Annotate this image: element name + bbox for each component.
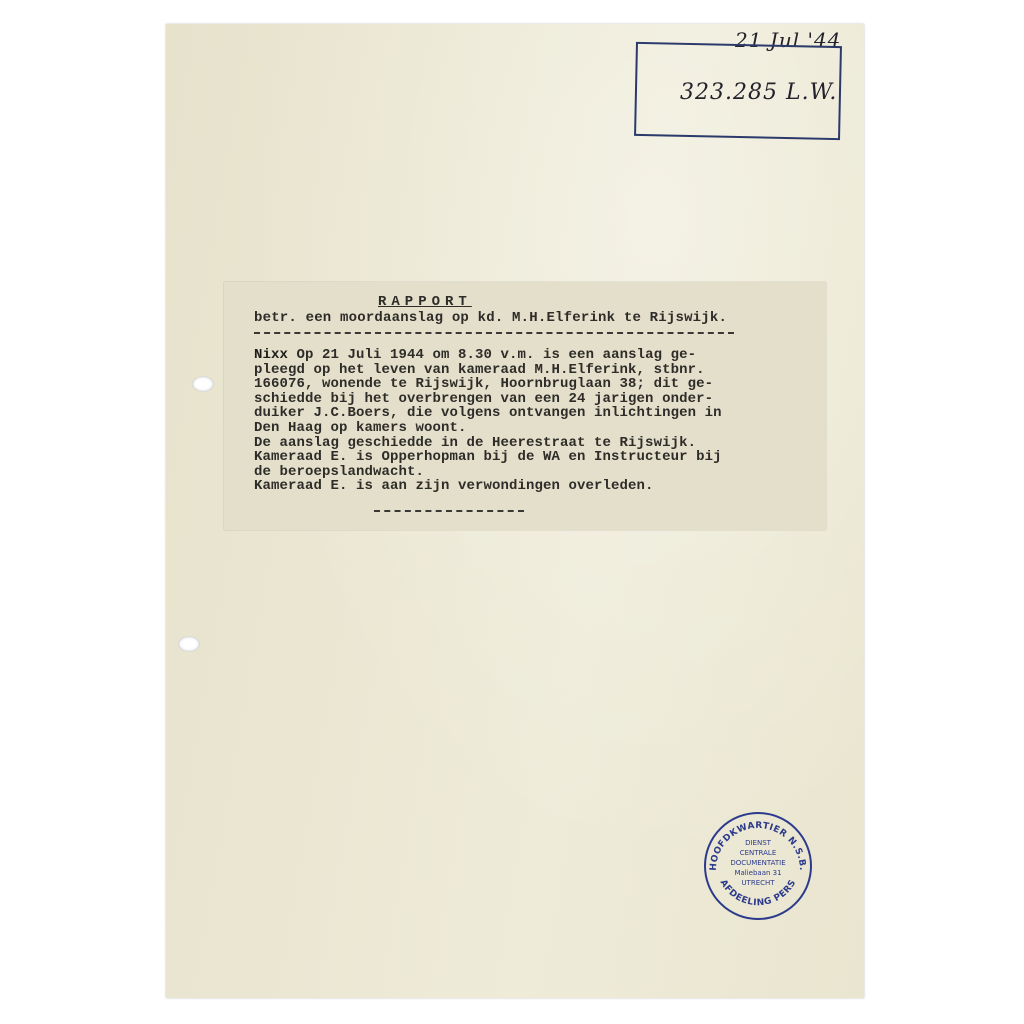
stamp-line: DOCUMENTATIE bbox=[730, 859, 785, 867]
report-slip: RAPPORT betr. een moordaanslag op kd. M.… bbox=[224, 282, 826, 530]
subject-divider bbox=[254, 332, 734, 334]
body-line: Op 21 Juli 1944 om 8.30 v.m. is een aans… bbox=[288, 347, 696, 363]
stamp-line: UTRECHT bbox=[741, 879, 775, 887]
body-line: De aanslag geschiedde in de Heerestraat … bbox=[254, 435, 696, 451]
struck-text: Nixx bbox=[254, 347, 288, 363]
body-line: Kameraad E. is aan zijn verwondingen ove… bbox=[254, 478, 654, 494]
archive-circular-stamp: HOOFDKWARTIER N.S.B. AFDEELING PERS DIEN… bbox=[702, 810, 814, 922]
body-line: Den Haag op kamers woont. bbox=[254, 420, 467, 436]
body-line: duiker J.C.Boers, die volgens ontvangen … bbox=[254, 405, 722, 421]
stamp-line: CENTRALE bbox=[740, 849, 777, 857]
report-body: Nixx Op 21 Juli 1944 om 8.30 v.m. is een… bbox=[254, 348, 814, 494]
punch-hole-bottom bbox=[178, 636, 200, 652]
body-line: Kameraad E. is Opperhopman bij de WA en … bbox=[254, 449, 722, 465]
archive-number: 323.285 L.W. bbox=[680, 80, 837, 105]
body-line: de beroepslandwacht. bbox=[254, 464, 424, 480]
stamp-line: Maliebaan 31 bbox=[734, 869, 781, 877]
report-subject: betr. een moordaanslag op kd. M.H.Elferi… bbox=[254, 310, 727, 326]
punch-hole-top bbox=[192, 376, 214, 392]
closing-divider bbox=[374, 510, 524, 512]
stamp-line: DIENST bbox=[745, 839, 772, 847]
body-line: 166076, wonende te Rijswijk, Hoornbrugla… bbox=[254, 376, 713, 392]
body-line: schiedde bij het overbrengen van een 24 … bbox=[254, 391, 713, 407]
body-line: pleegd op het leven van kameraad M.H.Elf… bbox=[254, 362, 705, 378]
report-title: RAPPORT bbox=[378, 294, 472, 310]
